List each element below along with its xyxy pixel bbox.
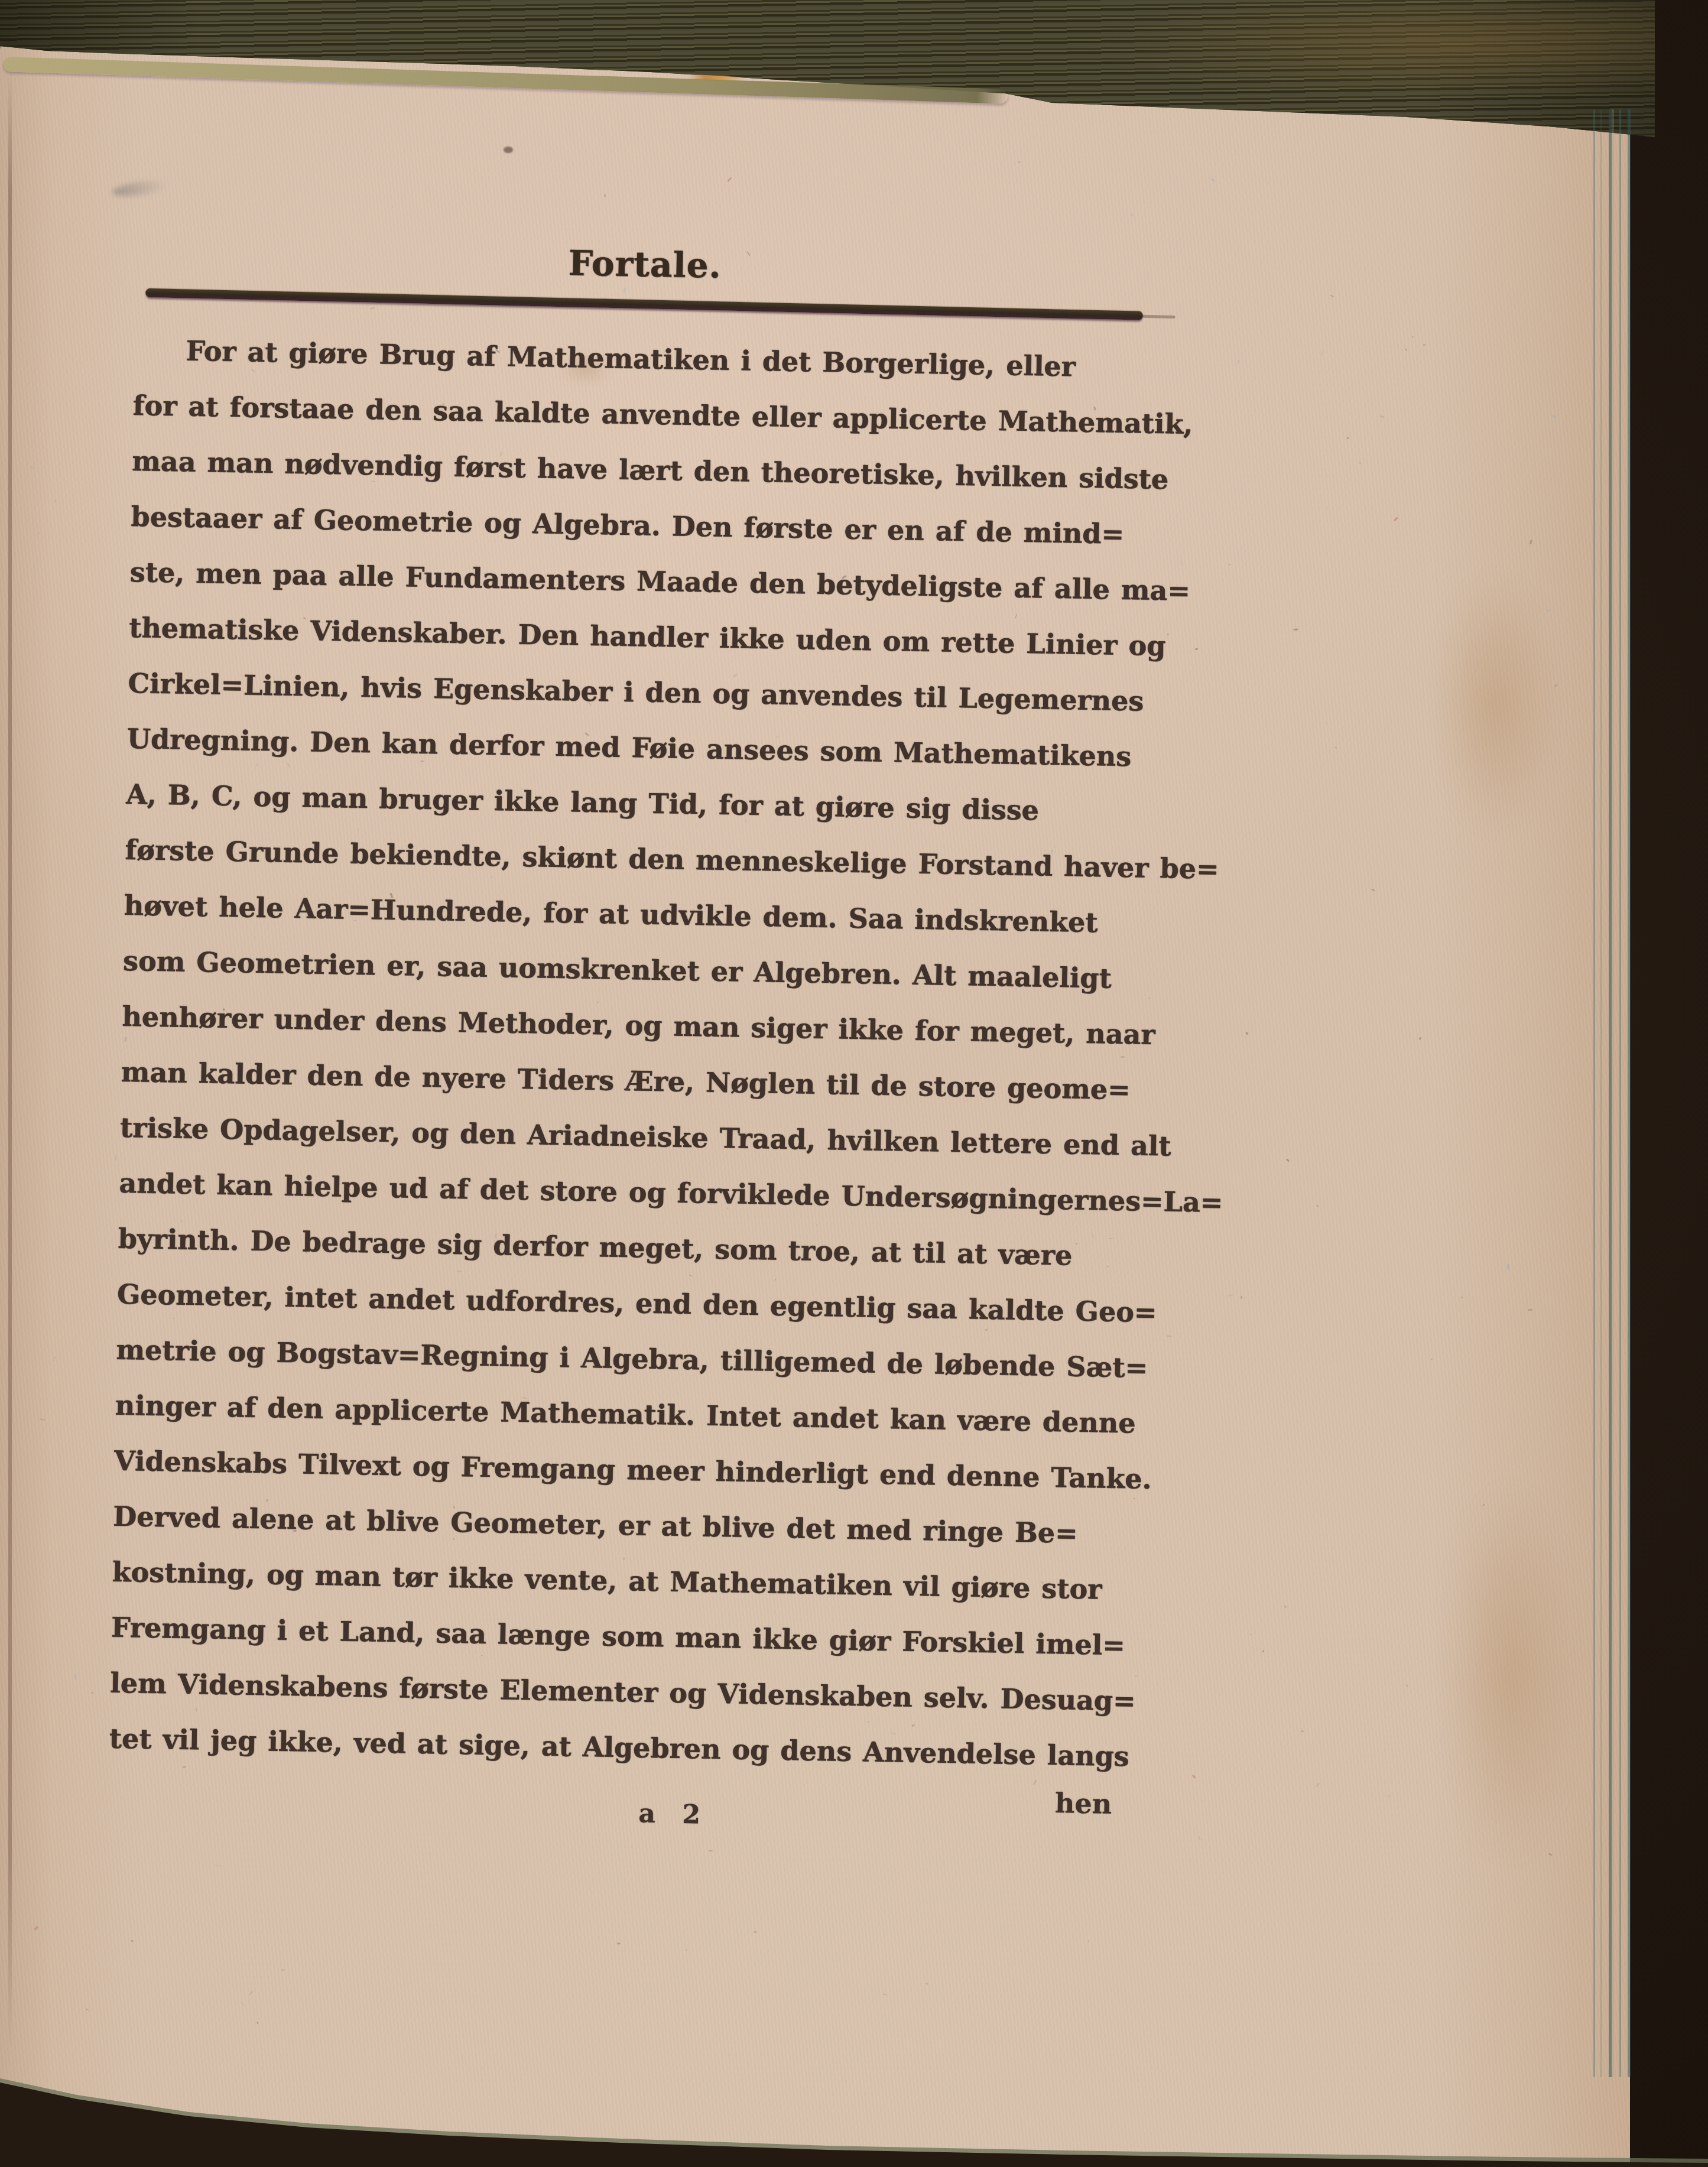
paper-speck <box>1460 1297 1463 1298</box>
paper-speck <box>1554 684 1557 687</box>
paper-speck <box>1387 1795 1390 1799</box>
paper-speck <box>1250 1634 1252 1635</box>
paper-speck <box>1284 1606 1287 1608</box>
paper-speck <box>1229 563 1230 565</box>
paper-speck <box>1316 1204 1320 1207</box>
paper-speck <box>1418 1037 1422 1040</box>
paper-speck <box>34 1926 38 1931</box>
paper-speck <box>883 1993 887 1995</box>
paper-speck <box>1371 889 1375 891</box>
paper-speck <box>392 206 394 207</box>
paper-speck <box>617 1942 621 1944</box>
text-block: Fortale. For at giøre Brug af Mathematik… <box>107 235 1155 1884</box>
paper-speck <box>1547 609 1551 612</box>
paper-speck <box>249 1991 252 1996</box>
paper-speck <box>1245 1032 1248 1035</box>
paper-speck <box>1167 1335 1171 1337</box>
paper-speck <box>1405 349 1407 350</box>
paper-speck <box>40 1418 45 1421</box>
paper-speck <box>256 2022 258 2024</box>
paper-speck <box>1405 1684 1408 1687</box>
paper-speck <box>1240 1295 1242 1299</box>
paragraph: For at giøre Brug af Mathematiken i det … <box>109 322 1153 1784</box>
paper-speck <box>1528 1309 1532 1311</box>
paper-speck <box>1411 336 1413 338</box>
paper-speck <box>1286 1158 1290 1162</box>
paper-speck <box>54 501 56 503</box>
paper-speck <box>925 1983 928 1986</box>
paper-speck <box>1192 1775 1196 1779</box>
ink-spot <box>504 147 513 153</box>
paper-speck <box>1548 1853 1552 1856</box>
paper-speck <box>242 2003 245 2007</box>
catchword: hen <box>1055 1787 1112 1820</box>
paper-speck <box>1293 628 1298 631</box>
paper-speck <box>1237 360 1240 364</box>
paper-speck <box>92 1691 94 1694</box>
paper-speck <box>1230 1116 1233 1117</box>
paper-stain <box>1407 520 1584 886</box>
paper-speck <box>1301 1730 1304 1732</box>
paper-speck <box>73 1674 76 1680</box>
paper-speck <box>1227 1294 1233 1297</box>
paper-speck <box>115 1155 116 1161</box>
paper-speck <box>53 1356 56 1361</box>
paper-speck <box>753 1931 757 1934</box>
paper-speck <box>1262 1650 1264 1652</box>
paper-speck <box>130 1940 134 1942</box>
paper-speck <box>686 1949 688 1951</box>
paper-speck <box>37 532 39 535</box>
paper-speck <box>1552 415 1557 418</box>
paper-speck <box>1430 1359 1433 1360</box>
paper-speck <box>1380 415 1384 418</box>
paper-speck <box>31 466 35 469</box>
paper-speck <box>1134 1498 1135 1499</box>
paper-speck <box>1394 516 1398 521</box>
paper-speck <box>1346 437 1350 439</box>
paper-speck <box>1507 1263 1509 1269</box>
paper-speck <box>1195 648 1198 651</box>
paper-speck <box>281 1969 285 1971</box>
signature-mark: a 2 <box>638 1799 700 1830</box>
paper-speck <box>1180 560 1183 566</box>
paper-smudge <box>112 178 169 199</box>
paper-speck <box>1482 1503 1485 1506</box>
paper-speck <box>1359 462 1361 463</box>
scanned-book-page: Fortale. For at giøre Brug af Mathematik… <box>0 0 1708 2167</box>
paper-stain <box>1412 1406 1608 1938</box>
paper-speck <box>604 194 605 197</box>
paper-speck <box>1316 1782 1320 1787</box>
paper-speck <box>728 177 732 182</box>
page-content: Fortale. For at giøre Brug af Mathematik… <box>0 0 1708 2167</box>
paper-speck <box>1530 540 1532 545</box>
paper-speck <box>1087 1940 1089 1942</box>
page-heading: Fortale. <box>135 235 1155 294</box>
paper-speck <box>101 1520 103 1522</box>
paper-speck <box>1330 294 1334 297</box>
paper-speck <box>1167 633 1169 635</box>
paper-speck <box>86 2009 90 2011</box>
paper-speck <box>1149 997 1150 999</box>
paper-speck <box>1321 349 1323 355</box>
paper-speck <box>1198 1836 1201 1840</box>
paper-speck <box>1423 345 1425 346</box>
heading-rule <box>145 288 1143 320</box>
paper-speck <box>1334 746 1336 748</box>
page-left-crease <box>8 74 12 2048</box>
paper-speck <box>1018 161 1021 163</box>
paper-speck <box>1135 1675 1138 1677</box>
paper-speck <box>1131 213 1134 216</box>
paper-speck <box>1211 178 1215 181</box>
